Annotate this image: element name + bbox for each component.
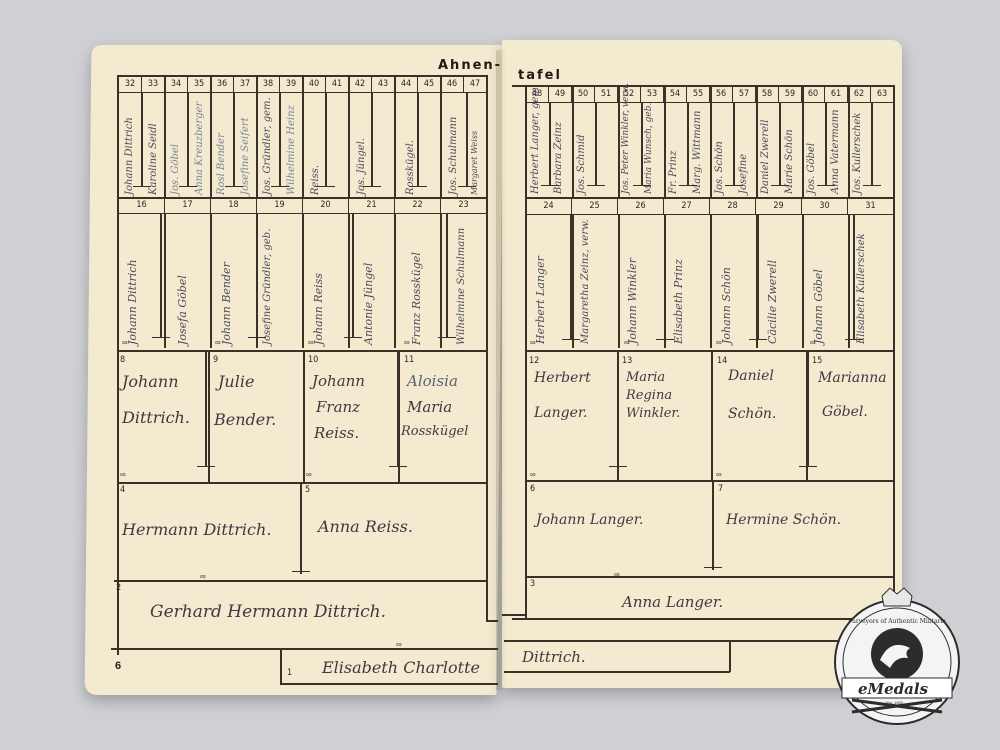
- ancestor-number: 22: [395, 198, 441, 213]
- ancestor-name: Wilhelmine Heinz: [286, 95, 297, 195]
- divider: [572, 214, 574, 348]
- lineage-connector: [160, 213, 162, 338]
- ancestor-name: Margaretha Zeinz, verw.: [580, 222, 591, 344]
- divider: [756, 87, 758, 197]
- ancestor-name: Jos. Peter Winkler, verw.: [621, 104, 631, 194]
- title-left: Ahnen-: [438, 58, 502, 73]
- ancestor-number: 12: [529, 356, 539, 366]
- ancestor-number: 49: [549, 87, 572, 102]
- father-name: Gerhard Hermann Dittrich.: [150, 602, 386, 622]
- ancestor-name: Jos. Schmid: [576, 104, 587, 194]
- ancestor-name: Josefine Seifert: [240, 95, 251, 195]
- divider: [664, 87, 666, 197]
- ancestor-name-line: Göbel.: [822, 404, 868, 420]
- lineage-connector: [417, 92, 419, 187]
- ancestor-name: Johann Langer.: [536, 512, 643, 528]
- ancestor-name: Jos. Göbel: [806, 104, 817, 194]
- ancestor-number: 25: [572, 199, 618, 214]
- ancestor-name: Daniel Zwerell: [760, 104, 771, 194]
- ancestor-number: 24: [526, 199, 572, 214]
- ancestor-number: 54: [664, 87, 687, 102]
- ancestor-number: 50: [572, 87, 595, 102]
- marriage-symbol: ∞: [530, 470, 536, 479]
- lineage-connector: [549, 102, 551, 186]
- ancestor-name-line: Johann: [312, 372, 365, 390]
- ancestor-name: Antonie Jüngel: [362, 220, 375, 345]
- marriage-symbol: ∞: [308, 338, 314, 347]
- separator: [526, 480, 894, 482]
- lineage-connector: [757, 214, 759, 340]
- divider: [348, 213, 350, 348]
- marriage-symbol: ∞: [120, 470, 126, 479]
- ancestor-name: Herbert Langer, gem.: [530, 104, 541, 194]
- ancestor-name: Anna Reiss.: [318, 517, 413, 536]
- ancestor-name: Johann Winkler: [626, 222, 639, 344]
- ancestor-name-line: Aloisia: [407, 372, 458, 390]
- ancestor-number: 16: [119, 198, 165, 213]
- ancestor-number: 43: [372, 77, 395, 92]
- ancestor-name: Anna Vatermann: [830, 104, 841, 194]
- brand-motto: Purveyors of Authentic Militaria: [840, 618, 954, 625]
- lineage-connector: [300, 484, 302, 572]
- divider: [210, 213, 212, 348]
- ancestor-number: 40: [303, 77, 326, 92]
- ancestor-name: Josefa Göbel: [176, 220, 189, 345]
- ancestor-name-line: Schön.: [728, 406, 776, 422]
- divider: [208, 352, 210, 482]
- ancestor-number: 11: [404, 355, 414, 365]
- ancestor-number: 38: [257, 77, 280, 92]
- ancestor-name-line: Winkler.: [626, 406, 680, 421]
- ancestor-name: Maria Wunsch, geb.: [644, 104, 654, 194]
- proband-first-names: Elisabeth Charlotte: [322, 658, 480, 677]
- ancestor-name-line: Johann: [122, 372, 179, 391]
- separator: [526, 350, 894, 352]
- lineage-connector: [853, 214, 855, 340]
- ancestor-name: Johann Dittrich: [126, 220, 139, 345]
- ancestor-number: 13: [622, 356, 632, 366]
- ancestor-name: Fr. Prinz: [668, 104, 679, 194]
- divider: [394, 77, 396, 197]
- ancestor-number: 33: [142, 77, 165, 92]
- emedals-watermark: eMedals Purveyors of Authentic Militaria…: [822, 582, 972, 732]
- right-frame-left-edge: [525, 85, 527, 620]
- ancestor-number: 55: [687, 87, 710, 102]
- lineage-connector: [205, 352, 207, 467]
- lineage-connector: [141, 92, 143, 187]
- ancestor-number: 19: [257, 198, 303, 213]
- book-gutter: [496, 50, 506, 690]
- lineage-connector: [712, 482, 714, 568]
- lineage-connector: [641, 102, 643, 186]
- divider: [618, 214, 620, 348]
- ancestor-number: 32: [119, 77, 142, 92]
- gen4-left-numbers: 16 17 18 19 20 21 22 23: [119, 198, 486, 214]
- marriage-symbol: ∞: [404, 338, 410, 347]
- lineage-connector: [187, 92, 189, 187]
- lineage-connector: [371, 92, 373, 187]
- ancestor-number: 51: [595, 87, 618, 102]
- ancestor-number: 61: [825, 87, 848, 102]
- ancestor-number: 7: [718, 484, 723, 494]
- lineage-connector: [397, 352, 399, 467]
- marriage-symbol: ∞: [215, 338, 221, 347]
- ancestor-number: 9: [213, 355, 218, 365]
- ancestor-name-line: Dittrich.: [122, 408, 190, 427]
- lineage-connector: [733, 102, 735, 186]
- lineage-connector: [233, 92, 235, 187]
- ancestor-name: Wilhelmine Schulmann: [456, 220, 467, 345]
- ancestor-number: 2: [116, 583, 121, 593]
- ancestor-name-line: Bender.: [214, 410, 276, 429]
- ancestor-number: 35: [188, 77, 211, 92]
- gen4-right-numbers: 24 25 26 27 28 29 30 31: [526, 199, 893, 215]
- ancestor-number: 47: [464, 77, 486, 92]
- divider: [256, 77, 258, 197]
- ancestor-number: 44: [395, 77, 418, 92]
- ancestor-number: 53: [641, 87, 664, 102]
- ancestor-name: Marg. Wittmann: [692, 104, 703, 194]
- ancestor-name: Josefine: [738, 104, 749, 194]
- divider: [164, 213, 166, 348]
- ancestor-name: Cäcilie Zwerell: [766, 222, 779, 344]
- ancestor-number: 37: [234, 77, 257, 92]
- lineage-connector: [256, 213, 258, 338]
- marriage-symbol: ∞: [716, 470, 722, 479]
- divider: [440, 77, 442, 197]
- ancestor-number: 21: [349, 198, 395, 213]
- divider: [303, 352, 305, 482]
- ancestor-name-line: Reiss.: [314, 424, 359, 442]
- marriage-symbol: ∞: [122, 338, 128, 347]
- ancestor-number: 60: [802, 87, 825, 102]
- ancestor-name: Johann Schön: [720, 222, 733, 344]
- brand-name: eMedals: [858, 680, 928, 698]
- ancestor-number: 20: [303, 198, 349, 213]
- divider: [440, 213, 442, 348]
- divider: [302, 77, 304, 197]
- divider: [802, 87, 804, 197]
- ancestor-number: 34: [165, 77, 188, 92]
- lineage-connector: [446, 213, 448, 338]
- ancestor-name: Jos. Schön: [714, 104, 725, 194]
- ancestor-number: 3: [530, 579, 535, 589]
- ancestor-number: 17: [165, 198, 211, 213]
- ancestor-name: Jos. Jüngel.: [356, 95, 367, 195]
- ancestor-name: Johann Göbel: [812, 222, 825, 344]
- ancestor-number: 5: [305, 485, 310, 495]
- ancestor-name-line: Marianna: [818, 370, 887, 386]
- lineage-connector: [825, 102, 827, 186]
- ancestor-name: Elisabeth Prinz: [672, 222, 685, 344]
- ancestor-name: Anna Kreuzberger: [194, 95, 205, 195]
- divider: [711, 352, 713, 482]
- separator: [119, 482, 486, 484]
- est-year: Est. 1983: [886, 700, 903, 705]
- ancestor-name: Johann Dittrich: [124, 95, 135, 195]
- ancestor-number: 59: [779, 87, 802, 102]
- marriage-symbol: ∞: [624, 338, 630, 347]
- ancestor-number: 62: [848, 87, 871, 102]
- marriage-symbol: ∞: [306, 470, 312, 479]
- ancestor-name: Hermine Schön.: [726, 512, 841, 528]
- ancestor-name: Marie Schön: [784, 104, 795, 194]
- ancestor-number: 42: [349, 77, 372, 92]
- divider: [729, 640, 731, 672]
- divider: [618, 87, 620, 197]
- separator: [504, 671, 730, 673]
- lineage-connector: [279, 92, 281, 187]
- ancestor-name-line: Franz: [316, 398, 360, 416]
- ancestor-name: Johann Bender: [220, 220, 233, 345]
- lineage-connector: [617, 352, 619, 467]
- ancestor-number: 31: [848, 199, 893, 214]
- lineage-connector: [687, 102, 689, 186]
- ancestor-number: 63: [871, 87, 893, 102]
- lineage-connector: [325, 92, 327, 187]
- lineage-connector: [779, 102, 781, 186]
- lineage-connector: [570, 214, 572, 340]
- ancestor-number: 8: [120, 355, 125, 365]
- lineage-connector: [871, 102, 873, 186]
- separator: [526, 576, 894, 578]
- ancestor-number: 45: [418, 77, 441, 92]
- lineage-connector: [466, 92, 468, 187]
- divider: [210, 77, 212, 197]
- marriage-symbol: ∞: [810, 338, 816, 347]
- separator: [114, 580, 486, 582]
- ancestor-name-line: Maria: [407, 398, 452, 416]
- ancestor-name: Reiss.: [310, 95, 321, 195]
- ancestor-name: Jos. Schulmann: [448, 95, 459, 195]
- ancestor-name: Franz Rosskügel: [410, 220, 423, 345]
- ancestor-number: 23: [441, 198, 486, 213]
- ancestor-number: 30: [802, 199, 848, 214]
- ancestor-number: 6: [530, 484, 535, 494]
- divider: [572, 87, 574, 197]
- laurel-badge-icon: [822, 582, 972, 732]
- ancestor-name: Jos. Göbel: [170, 95, 181, 195]
- ancestor-name: Johann Reiss: [312, 220, 325, 345]
- ancestor-number: 15: [812, 356, 822, 366]
- ancestor-name: Margaret Weiss: [470, 95, 479, 195]
- ancestor-name-line: Langer.: [534, 405, 588, 421]
- ancestor-name: Rosskügel.: [405, 95, 416, 195]
- divider: [848, 87, 850, 197]
- divider: [394, 213, 396, 348]
- ancestor-number: 14: [717, 356, 727, 366]
- divider: [280, 648, 282, 684]
- ancestor-name: Herbert Langer: [534, 222, 547, 344]
- ancestor-number: 39: [280, 77, 303, 92]
- ancestor-name: Elisabeth Kullerschek: [856, 222, 867, 344]
- ancestor-name-line: Maria: [626, 370, 665, 385]
- ancestor-name: Josefine Gründler, geb.: [262, 220, 273, 345]
- ancestor-name-line: Rosskügel: [401, 424, 468, 439]
- ancestor-number: 57: [733, 87, 756, 102]
- ancestor-number: 1: [287, 668, 292, 678]
- divider: [710, 87, 712, 197]
- ancestor-name: Jos. Gründler, gem.: [262, 95, 273, 195]
- divider: [848, 214, 850, 348]
- ancestor-name: Barbara Zeinz: [553, 104, 564, 194]
- ancestor-name: Rosl Bender: [216, 95, 227, 195]
- ancestor-name-line: Herbert: [534, 370, 591, 386]
- ancestor-number: 56: [710, 87, 733, 102]
- separator: [111, 648, 498, 650]
- ancestor-number: 36: [211, 77, 234, 92]
- page-number: 6: [115, 660, 121, 672]
- ancestor-number: 29: [756, 199, 802, 214]
- connector: [502, 614, 526, 616]
- left-frame-right-edge: [486, 75, 488, 620]
- ancestor-name: Jos. Kullerschek: [852, 104, 863, 194]
- divider: [348, 77, 350, 197]
- divider: [302, 213, 304, 348]
- lineage-connector: [595, 102, 597, 186]
- proband-surname: Dittrich.: [522, 648, 586, 666]
- ancestor-number: 58: [756, 87, 779, 102]
- ancestor-number: 28: [710, 199, 756, 214]
- ancestor-number: 26: [618, 199, 664, 214]
- divider: [802, 214, 804, 348]
- ancestor-name: Hermann Dittrich.: [122, 520, 271, 539]
- mother-name: Anna Langer.: [622, 593, 723, 611]
- lineage-connector: [664, 214, 666, 340]
- ancestor-number: 10: [308, 355, 318, 365]
- lineage-connector: [807, 352, 809, 467]
- lineage-connector: [352, 213, 354, 338]
- ancestor-number: 41: [326, 77, 349, 92]
- ancestor-number: 46: [441, 77, 464, 92]
- marriage-symbol: ∞: [530, 338, 536, 347]
- marriage-symbol: ∞: [716, 338, 722, 347]
- ancestor-number: 27: [664, 199, 710, 214]
- divider: [710, 214, 712, 348]
- divider: [164, 77, 166, 197]
- ancestor-number: 4: [120, 485, 125, 495]
- ancestor-number: 18: [211, 198, 257, 213]
- ancestor-name-line: Regina: [626, 388, 672, 403]
- ancestor-name: Karoline Seidl: [148, 95, 159, 195]
- connector: [486, 620, 498, 622]
- ancestor-name-line: Julie: [218, 372, 254, 391]
- separator: [280, 683, 498, 685]
- title-right: tafel: [518, 68, 562, 83]
- ancestor-name-line: Daniel: [728, 368, 774, 384]
